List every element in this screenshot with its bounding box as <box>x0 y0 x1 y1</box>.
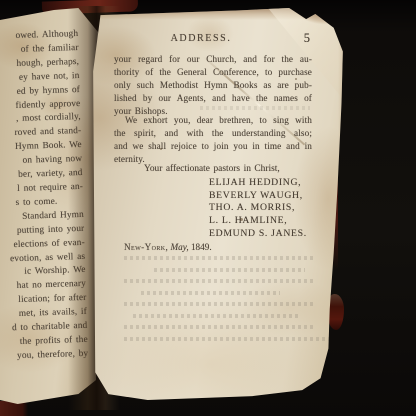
signature: ELIJAH HEDDING, <box>209 177 307 190</box>
signature: L. L. HAMLINE, <box>209 215 307 228</box>
paragraph-line: thority of the General Conference, to pu… <box>114 66 312 79</box>
ghost-line <box>124 302 314 306</box>
dateline-year: 1849. <box>191 242 212 252</box>
show-through-ghost-text <box>124 256 340 348</box>
ghost-line <box>154 268 305 272</box>
ghost-line <box>124 279 314 283</box>
dateline-place: New-York, <box>124 242 168 252</box>
running-header: ADDRESS. <box>114 33 288 44</box>
paper-speck <box>295 78 297 80</box>
paper-speck <box>240 218 243 221</box>
ghost-line <box>141 291 279 295</box>
signature: EDMUND S. JANES. <box>209 228 307 241</box>
paragraph-line: the spirit, and with the understanding a… <box>114 127 312 140</box>
dateline-month: May, <box>171 242 189 252</box>
paragraph-line: only such Methodist Hymn Books as are pu… <box>114 79 312 92</box>
page-number: 5 <box>304 31 310 46</box>
paragraph-line: and we shall rejoice to join you in time… <box>114 140 312 153</box>
dateline: New-York, May, 1849. <box>124 242 212 252</box>
photo-of-open-book: owed. Although of the familiar hough, pe… <box>0 0 416 416</box>
paragraph-line: lished by our Agents, and have the names… <box>114 92 312 105</box>
paragraph-line: your regard for our Church, and for the … <box>114 53 312 66</box>
signature-list: ELIJAH HEDDING, BEVERLY WAUGH, THO. A. M… <box>209 177 307 241</box>
right-page: ADDRESS. 5 your regard for our Church, a… <box>90 8 352 404</box>
valediction: Your affectionate pastors in Christ, <box>144 164 280 174</box>
signature: THO. A. MORRIS, <box>209 202 307 215</box>
ghost-line <box>124 325 314 329</box>
show-through-ghost-line <box>200 106 310 110</box>
paragraph: We exhort you, dear brethren, to sing wi… <box>114 114 312 166</box>
ghost-line <box>124 337 340 341</box>
running-header-row: ADDRESS. 5 <box>114 33 312 47</box>
ghost-line <box>124 256 314 260</box>
paragraph-line: We exhort you, dear brethren, to sing wi… <box>114 114 312 127</box>
signature: BEVERLY WAUGH, <box>209 190 307 203</box>
book-cover-bottom-edge <box>0 401 28 416</box>
ghost-line <box>133 314 301 318</box>
paper-speck <box>160 148 162 150</box>
